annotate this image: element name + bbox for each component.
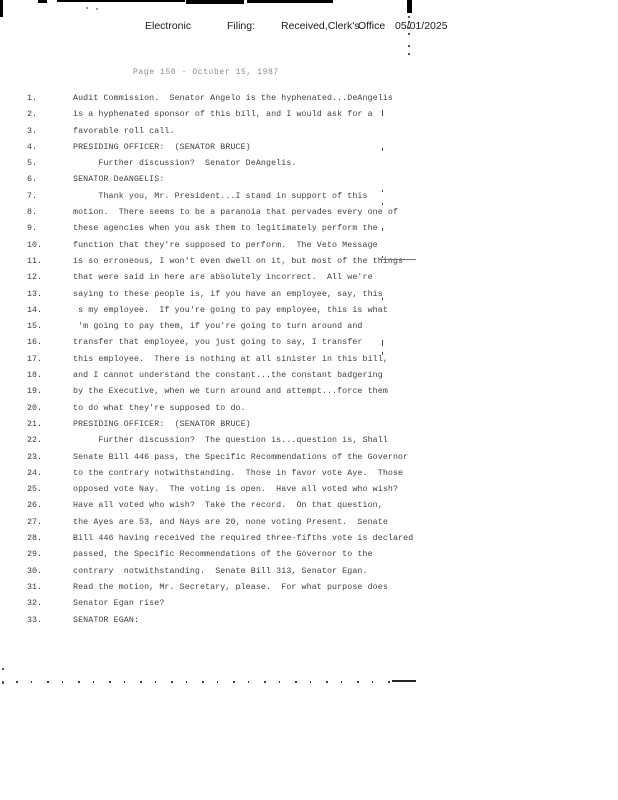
transcript-line: 8.motion. There seems to be a paranoia t… [27, 208, 407, 224]
scan-artifact [408, 53, 410, 55]
line-text: Have all voted who wish? Take the record… [73, 501, 383, 510]
scanned-transcript-page: { "stamp": { "part1": "Electronic", "par… [0, 0, 618, 800]
transcript-line: 27.the Ayes are 53, and Nays are 20, non… [27, 518, 407, 534]
scan-artifact [408, 16, 410, 18]
line-number: 1. [27, 94, 73, 103]
line-text: is a hyphenated sponsor of this bill, an… [73, 110, 373, 119]
transcript-line: 1.Audit Commission. Senator Angelo is th… [27, 94, 407, 110]
transcript-line: 20.to do what they're supposed to do. [27, 404, 407, 420]
line-text: transfer that employee, you just going t… [73, 338, 363, 347]
scan-artifact [38, 0, 47, 3]
line-number: 6. [27, 175, 73, 184]
line-text: to do what they're supposed to do. [73, 404, 246, 413]
transcript-line: 24.to the contrary notwithstanding. Thos… [27, 469, 407, 485]
scan-artifact [96, 8, 98, 10]
transcript-line: 22. Further discussion? The question is.… [27, 436, 407, 452]
transcript-line: 13.saying to these people is, if you hav… [27, 290, 407, 306]
line-number: 33. [27, 616, 73, 625]
line-text: is so erroneous, I won't even dwell on i… [73, 257, 403, 266]
line-number: 16. [27, 338, 73, 347]
line-text: and I cannot understand the constant...t… [73, 371, 383, 380]
transcript-line: 11.is so erroneous, I won't even dwell o… [27, 257, 407, 273]
transcript-line: 16.transfer that employee, you just goin… [27, 338, 407, 354]
transcript-line: 28.Bill 446 having received the required… [27, 534, 407, 550]
transcript-line: 23.Senate Bill 446 pass, the Specific Re… [27, 453, 407, 469]
transcript-line: 29.passed, the Specific Recommendations … [27, 550, 407, 566]
line-text: Audit Commission. Senator Angelo is the … [73, 94, 393, 103]
line-text: Senate Bill 446 pass, the Specific Recom… [73, 453, 408, 462]
line-number: 4. [27, 143, 73, 152]
transcript-line: 3.favorable roll call. [27, 127, 407, 143]
line-text: opposed vote Nay. The voting is open. Ha… [73, 485, 398, 494]
transcript-line: 19.by the Executive, when we turn around… [27, 387, 407, 403]
line-number: 8. [27, 208, 73, 217]
line-number: 20. [27, 404, 73, 413]
line-number: 21. [27, 420, 73, 429]
scan-artifact [407, 0, 412, 13]
scan-artifact-vertical-dash [382, 110, 383, 116]
line-text: Further discussion? Senator DeAngelis. [73, 159, 296, 168]
scan-artifact [247, 0, 333, 3]
line-text: passed, the Specific Recommendations of … [73, 550, 373, 559]
scan-artifact-edge-bar [0, 0, 3, 17]
line-text: Bill 446 having received the required th… [73, 534, 413, 543]
transcript-line: 4.PRESIDING OFFICER: (SENATOR BRUCE) [27, 143, 407, 159]
scan-artifact [408, 27, 410, 29]
line-text: that were said in here are absolutely in… [73, 273, 373, 282]
transcript-line: 18.and I cannot understand the constant.… [27, 371, 407, 387]
transcript-line: 21.PRESIDING OFFICER: (SENATOR BRUCE) [27, 420, 407, 436]
transcript-line: 25.opposed vote Nay. The voting is open.… [27, 485, 407, 501]
line-number: 28. [27, 534, 73, 543]
line-number: 9. [27, 224, 73, 233]
transcript-line: 12.that were said in here are absolutely… [27, 273, 407, 289]
line-number: 26. [27, 501, 73, 510]
efiling-stamp-word: Electronic [145, 20, 191, 32]
line-text: motion. There seems to be a paranoia tha… [73, 208, 398, 217]
scan-artifact-dash [392, 680, 416, 682]
line-number: 3. [27, 127, 73, 136]
transcript-line: 6.SENATOR DeANGELIS: [27, 175, 407, 191]
line-text: Further discussion? The question is...qu… [73, 436, 388, 445]
line-number: 12. [27, 273, 73, 282]
line-number: 14. [27, 306, 73, 315]
line-number: 11. [27, 257, 73, 266]
scan-artifact [186, 0, 244, 4]
line-number: 32. [27, 599, 73, 608]
line-text: Thank you, Mr. President...I stand in su… [73, 192, 368, 201]
transcript-line: 15. 'm going to pay them, if you're goin… [27, 322, 407, 338]
line-number: 5. [27, 159, 73, 168]
line-text: s my employee. If you're going to pay em… [73, 306, 388, 315]
line-number: 2. [27, 110, 73, 119]
transcript-line: 10.function that they're supposed to per… [27, 241, 407, 257]
scan-artifact [408, 33, 410, 35]
transcript-line: 5. Further discussion? Senator DeAngelis… [27, 159, 407, 175]
transcript-line: 26.Have all voted who wish? Take the rec… [27, 501, 407, 517]
line-number: 25. [27, 485, 73, 494]
efiling-stamp-word: Office [358, 20, 385, 32]
line-number: 13. [27, 290, 73, 299]
scan-artifact [2, 681, 4, 684]
line-text: saying to these people is, if you have a… [73, 290, 383, 299]
efiling-stamp-date: 05/01/2025 [395, 20, 448, 32]
page-number-header: Page 150 - October 15, 1987 [133, 68, 279, 77]
scan-artifact-vertical-dash [382, 228, 383, 231]
scan-artifact-vertical-dash [382, 298, 383, 300]
line-number: 24. [27, 469, 73, 478]
line-text: to the contrary notwithstanding. Those i… [73, 469, 403, 478]
line-text: Read the motion, Mr. Secretary, please. … [73, 583, 388, 592]
scan-artifact [408, 45, 410, 47]
scan-artifact-vertical-dash [382, 256, 383, 258]
line-number: 7. [27, 192, 73, 201]
line-number: 22. [27, 436, 73, 445]
transcript-line: 30.contrary notwithstanding. Senate Bill… [27, 567, 407, 583]
transcript-line: 33.SENATOR EGAN: [27, 616, 407, 632]
line-text: SENATOR DeANGELIS: [73, 175, 164, 184]
line-number: 10. [27, 241, 73, 250]
scan-artifact-vertical-dash [382, 340, 383, 346]
scan-artifact-vertical-dash [382, 190, 383, 192]
line-text: contrary notwithstanding. Senate Bill 31… [73, 567, 368, 576]
transcript-line: 32.Senator Egan rise? [27, 599, 407, 615]
line-text: PRESIDING OFFICER: (SENATOR BRUCE) [73, 420, 251, 429]
line-text: function that they're supposed to perfor… [73, 241, 378, 250]
line-text: Senator Egan rise? [73, 599, 164, 608]
line-number: 23. [27, 453, 73, 462]
scan-artifact-vertical-dash [382, 352, 383, 355]
line-text: this employee. There is nothing at all s… [73, 355, 388, 364]
line-text: these agencies when you ask them to legi… [73, 224, 378, 233]
line-text: the Ayes are 53, and Nays are 20, none v… [73, 518, 388, 527]
scan-artifact-vertical-dash [382, 148, 383, 151]
efiling-stamp-word: Filing: [227, 20, 255, 32]
line-number: 17. [27, 355, 73, 364]
transcript-line: 14. s my employee. If you're going to pa… [27, 306, 407, 322]
transcript-line: 2.is a hyphenated sponsor of this bill, … [27, 110, 407, 126]
line-text: by the Executive, when we turn around an… [73, 387, 388, 396]
line-number: 31. [27, 583, 73, 592]
scan-artifact [2, 668, 4, 670]
line-number: 27. [27, 518, 73, 527]
transcript-line: 7. Thank you, Mr. President...I stand in… [27, 192, 407, 208]
scan-artifact [86, 7, 88, 9]
line-number: 30. [27, 567, 73, 576]
line-text: favorable roll call. [73, 127, 175, 136]
transcript-line: 31.Read the motion, Mr. Secretary, pleas… [27, 583, 407, 599]
scan-artifact [408, 21, 410, 23]
scan-artifact-dotted-line [16, 681, 398, 683]
line-text: PRESIDING OFFICER: (SENATOR BRUCE) [73, 143, 251, 152]
line-text: SENATOR EGAN: [73, 616, 139, 625]
line-number: 19. [27, 387, 73, 396]
efiling-stamp-word: Received,Clerk's [281, 20, 359, 32]
transcript-line: 17.this employee. There is nothing at al… [27, 355, 407, 371]
line-number: 15. [27, 322, 73, 331]
transcript-body: 1.Audit Commission. Senator Angelo is th… [27, 94, 407, 632]
scan-artifact-hline [380, 259, 416, 260]
scan-artifact-vertical-dash [382, 203, 383, 205]
line-text: 'm going to pay them, if you're going to… [73, 322, 363, 331]
scan-artifact [57, 0, 185, 2]
line-number: 18. [27, 371, 73, 380]
line-number: 29. [27, 550, 73, 559]
transcript-line: 9.these agencies when you ask them to le… [27, 224, 407, 240]
